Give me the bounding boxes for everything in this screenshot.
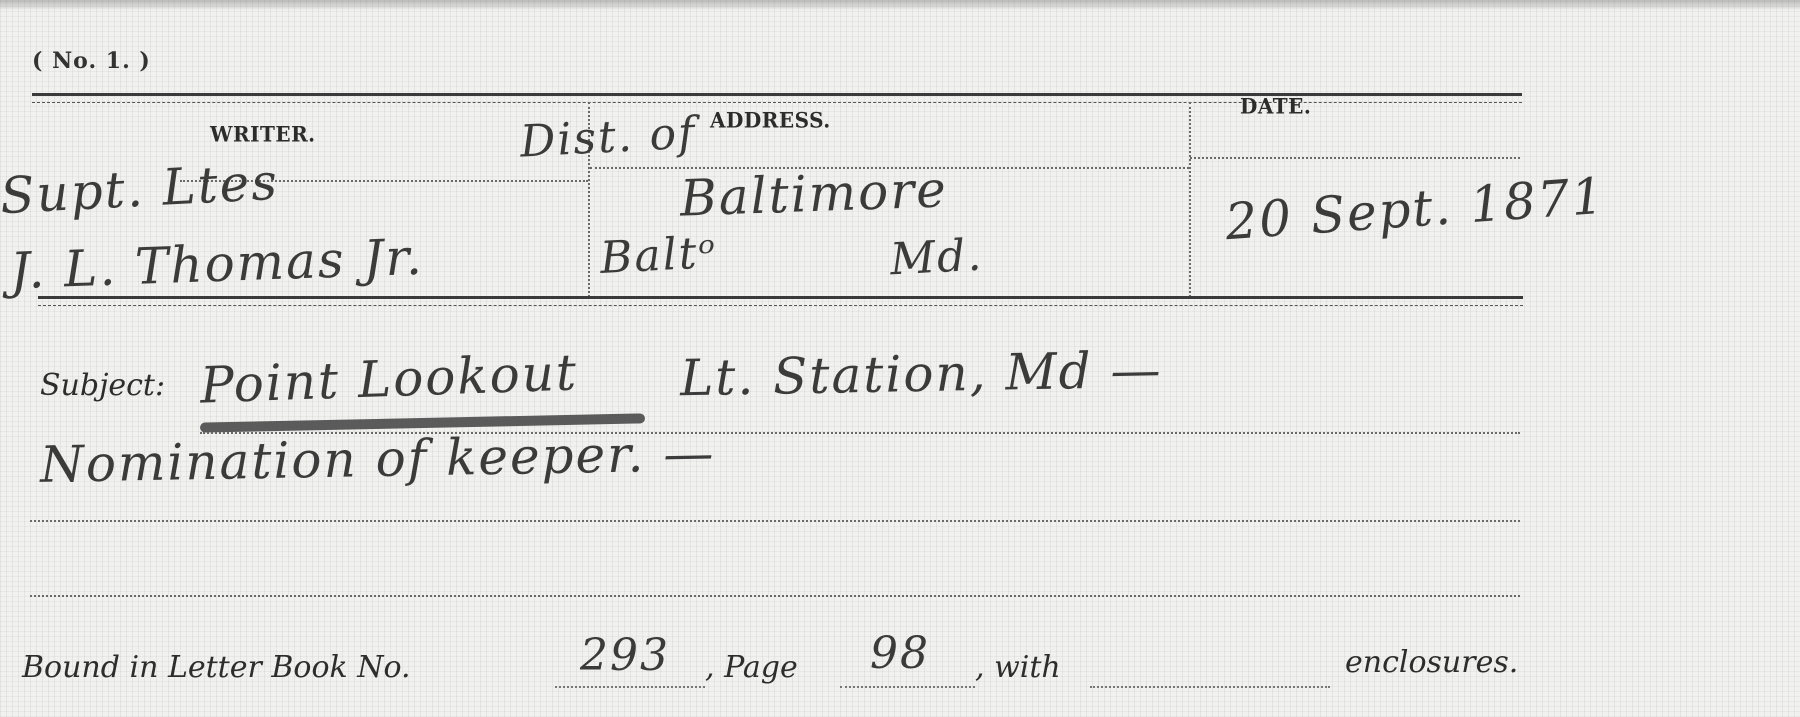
subject-line-3-rule (30, 595, 1520, 597)
date-header: DATE. (1240, 93, 1311, 118)
address-date-divider (1189, 102, 1191, 297)
subject-label: Subject: (40, 368, 165, 403)
letter-book-number: 293 (580, 630, 670, 681)
address-district: Dist. of (519, 107, 698, 167)
letter-book-fill-line (555, 686, 705, 688)
date-header-rule (1190, 157, 1520, 159)
enclosures-fill-line (1090, 686, 1330, 688)
address-state: Md. (889, 230, 985, 286)
bound-in-label: Bound in Letter Book No. (22, 650, 411, 685)
writer-header: WRITER. (210, 121, 316, 146)
address-district-name: Baltimore (679, 160, 949, 227)
subject-station-rest: Lt. Station, Md — (680, 341, 1163, 407)
page-fill-line (840, 686, 975, 688)
subject-nomination: Nomination of keeper. — (40, 424, 716, 494)
form-number: ( No. 1. ) (32, 48, 151, 74)
subject-line-2-rule (30, 520, 1520, 522)
page-number: 98 (870, 628, 930, 679)
middle-double-rule (38, 296, 1523, 306)
address-header: ADDRESS. (710, 107, 831, 132)
enclosures-label: enclosures. (1345, 645, 1518, 680)
with-label: , with (975, 650, 1061, 685)
page-label: , Page (705, 650, 798, 685)
address-city: Baltᵒ (599, 227, 719, 284)
